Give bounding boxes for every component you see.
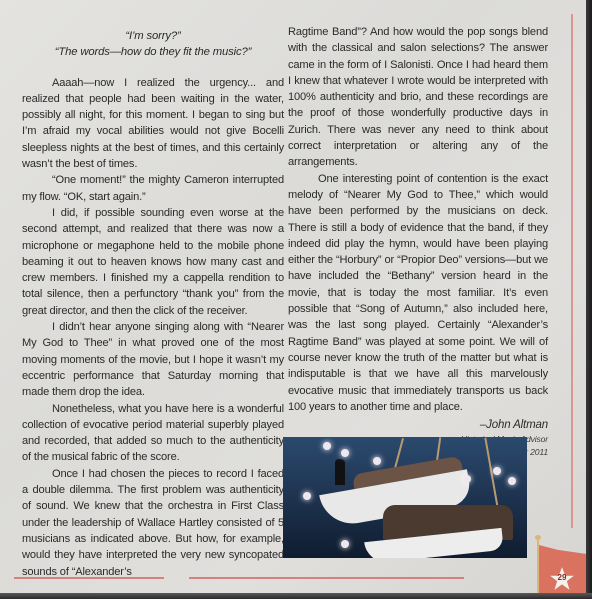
signature-name: –John Altman xyxy=(288,417,548,433)
paragraph: “One moment!” the mighty Cameron interru… xyxy=(22,172,284,205)
left-column: “I’m sorry?” “The words—how do they fit … xyxy=(22,28,284,580)
quote-line-2: “The words—how do they fit the music?” xyxy=(22,44,284,60)
paragraph: One interesting point of contention is t… xyxy=(288,171,548,415)
conductor-figure xyxy=(335,459,345,485)
paragraph: Nonetheless, what you have here is a won… xyxy=(22,401,284,466)
light xyxy=(508,477,516,485)
decorative-vertical-rule xyxy=(571,14,573,528)
decorative-horizontal-rule xyxy=(14,577,464,579)
light xyxy=(341,449,349,457)
paragraph: Ragtime Band”? And how would the pop son… xyxy=(288,24,548,171)
page-edge-shadow xyxy=(0,593,592,599)
lifeboat-photo xyxy=(283,437,527,558)
booklet-page: “I’m sorry?” “The words—how do they fit … xyxy=(0,0,586,594)
light xyxy=(373,457,381,465)
quote-line-1: “I’m sorry?” xyxy=(22,28,284,44)
paragraph: I didn’t hear anyone singing along with … xyxy=(22,319,284,400)
flag-pole xyxy=(537,538,539,594)
paragraph: Once I had chosen the pieces to record I… xyxy=(22,466,284,580)
page-edge-shadow xyxy=(586,0,592,599)
light xyxy=(493,467,501,475)
page-number: 29 xyxy=(554,573,570,582)
light xyxy=(303,492,311,500)
light xyxy=(323,442,331,450)
paragraph: Aaaah—now I realized the urgency... and … xyxy=(22,75,284,173)
light xyxy=(463,475,471,483)
paragraph: I did, if possible sounding even worse a… xyxy=(22,205,284,319)
right-column: Ragtime Band”? And how would the pop son… xyxy=(288,24,548,459)
light xyxy=(341,540,349,548)
